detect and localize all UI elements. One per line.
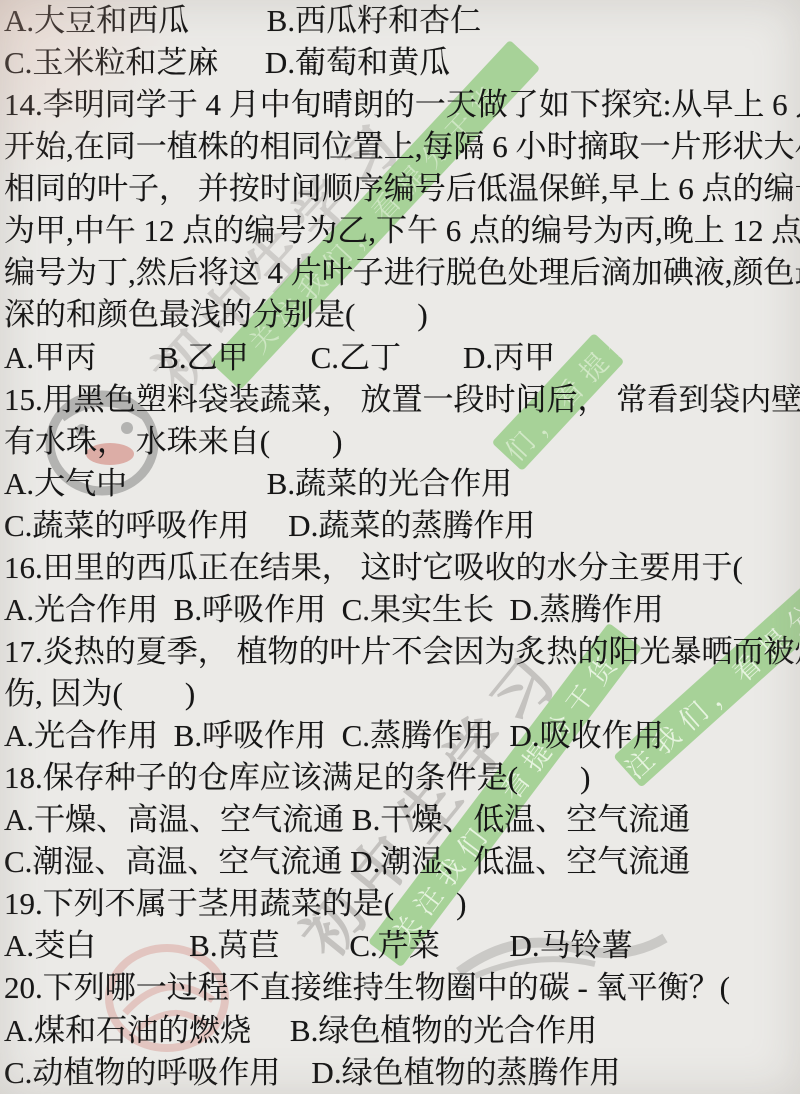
document-text: A.大豆和西瓜 B.西瓜籽和杏仁 C.玉米粒和芝麻 D.葡萄和黄瓜 14.李明同… bbox=[4, 0, 800, 1094]
q15-options-cd: C.蔬菜的呼吸作用 D.蔬菜的蒸腾作用 bbox=[4, 505, 800, 547]
q14-text-line: 相同的叶子， 并按时间顺序编号后低温保鲜,早上 6 点的编号 bbox=[4, 168, 800, 210]
q15-options-ab: A.大气中 B.蔬菜的光合作用 bbox=[4, 463, 800, 505]
q14-text-line: 编号为丁,然后将这 4 片叶子进行脱色处理后滴加碘液,颜色最 bbox=[4, 252, 800, 294]
q19-text-line: 19.下列不属于茎用蔬菜的是( ) bbox=[4, 883, 800, 925]
q17-text-line: 17.炎热的夏季， 植物的叶片不会因为炙热的阳光暴晒而被灼 bbox=[4, 631, 800, 673]
q16-options: A.光合作用 B.呼吸作用 C.果实生长 D.蒸腾作用 bbox=[4, 589, 800, 631]
q20-text-line: 20.下列哪一过程不直接维持生物圈中的碳 - 氧平衡？( ) bbox=[4, 967, 800, 1009]
q18-options-cd: C.潮湿、高温、空气流通 D.潮湿、低温、空气流通 bbox=[4, 841, 800, 883]
exam-page: 初中生学习 关注我们，看提分干货 初中生学习 关注我们，看提分干货 关注我们，看… bbox=[0, 0, 800, 1094]
q17-options: A.光合作用 B.呼吸作用 C.蒸腾作用 D.吸收作用 bbox=[4, 715, 800, 757]
q20-options-ab: A.煤和石油的燃烧 B.绿色植物的光合作用 bbox=[4, 1010, 800, 1052]
q17-text-line: 伤, 因为( ) bbox=[4, 673, 800, 715]
q15-text-line: 有水珠， 水珠来自( ) bbox=[4, 421, 800, 463]
q19-options: A.茭白 B.莴苣 C.芹菜 D.马铃薯 bbox=[4, 925, 800, 967]
q18-options-ab: A.干燥、高温、空气流通 B.干燥、低温、空气流通 bbox=[4, 799, 800, 841]
q16-text-line: 16.田里的西瓜正在结果， 这时它吸收的水分主要用于( ) bbox=[4, 547, 800, 589]
q14-text-line: 开始,在同一植株的相同位置上,每隔 6 小时摘取一片形状大小 bbox=[4, 126, 800, 168]
q14-text-line: 14.李明同学于 4 月中旬晴朗的一天做了如下探究:从早上 6 点 bbox=[4, 84, 800, 126]
q18-text-line: 18.保存种子的仓库应该满足的条件是( ) bbox=[4, 757, 800, 799]
q20-options-cd: C.动植物的呼吸作用 D.绿色植物的蒸腾作用 bbox=[4, 1052, 800, 1094]
q14-options: A.甲丙 B.乙甲 C.乙丁 D.丙甲 bbox=[4, 337, 800, 379]
q14-text-line: 深的和颜色最浅的分别是( ) bbox=[4, 294, 800, 336]
q15-text-line: 15.用黑色塑料袋装蔬菜， 放置一段时间后， 常看到袋内壁上 bbox=[4, 379, 800, 421]
q14-text-line: 为甲,中午 12 点的编号为乙,下午 6 点的编号为丙,晚上 12 点的 bbox=[4, 210, 800, 252]
q13-options-ab: A.大豆和西瓜 B.西瓜籽和杏仁 bbox=[4, 0, 800, 42]
q13-options-cd: C.玉米粒和芝麻 D.葡萄和黄瓜 bbox=[4, 42, 800, 84]
